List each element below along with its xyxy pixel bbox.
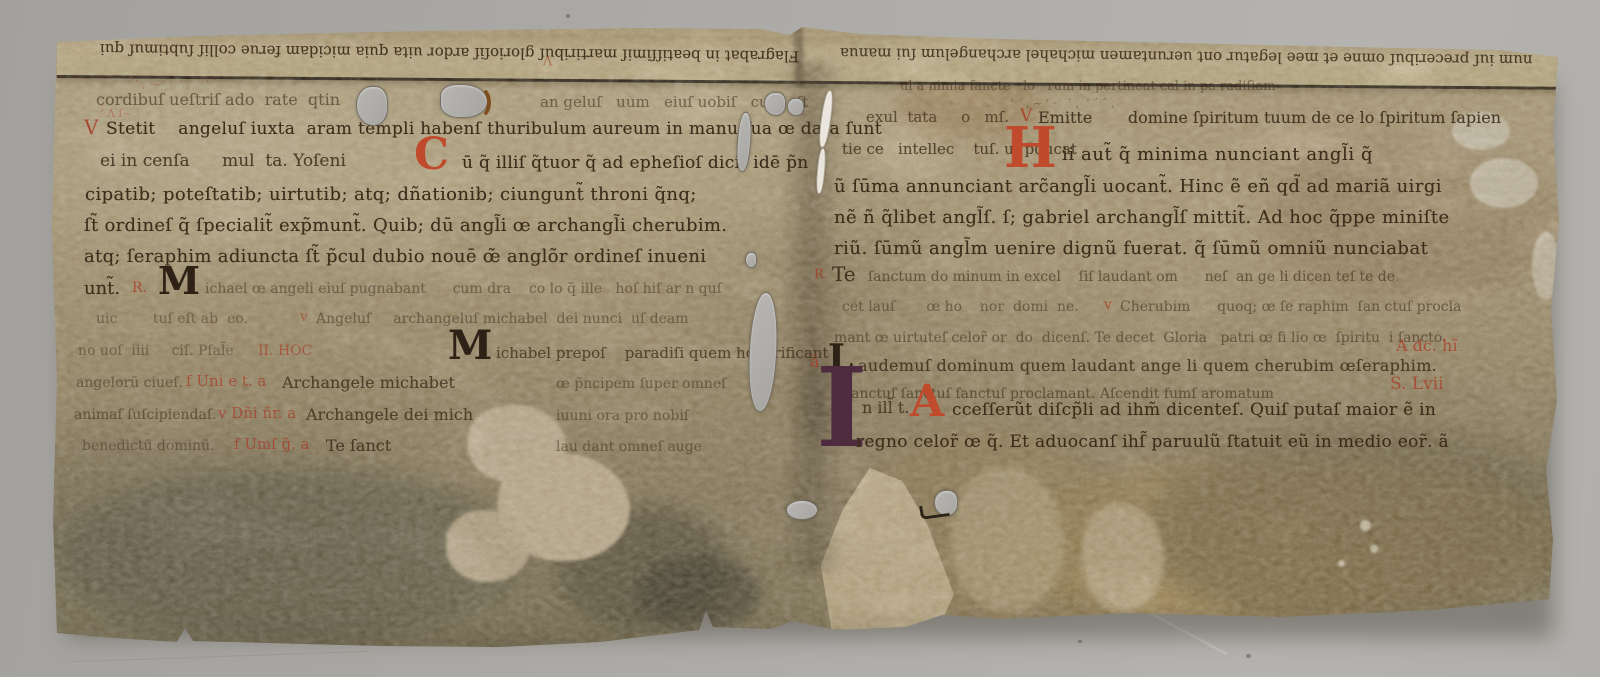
edge-vignette [0, 0, 1600, 677]
mat-speck [566, 14, 570, 18]
photo-background: Flagrabat in beatiſſimiſ martiribuſ glor… [0, 0, 1600, 677]
mat-speck [1078, 640, 1082, 643]
manuscript-fragment: Flagrabat in beatiſſimiſ martiribuſ glor… [0, 0, 1600, 677]
mat-speck [1246, 654, 1251, 658]
top-margin-mark: G ’ [186, 5, 203, 18]
top-margin-mark: · ˆ [94, 3, 107, 15]
mat-scratch [70, 651, 370, 662]
